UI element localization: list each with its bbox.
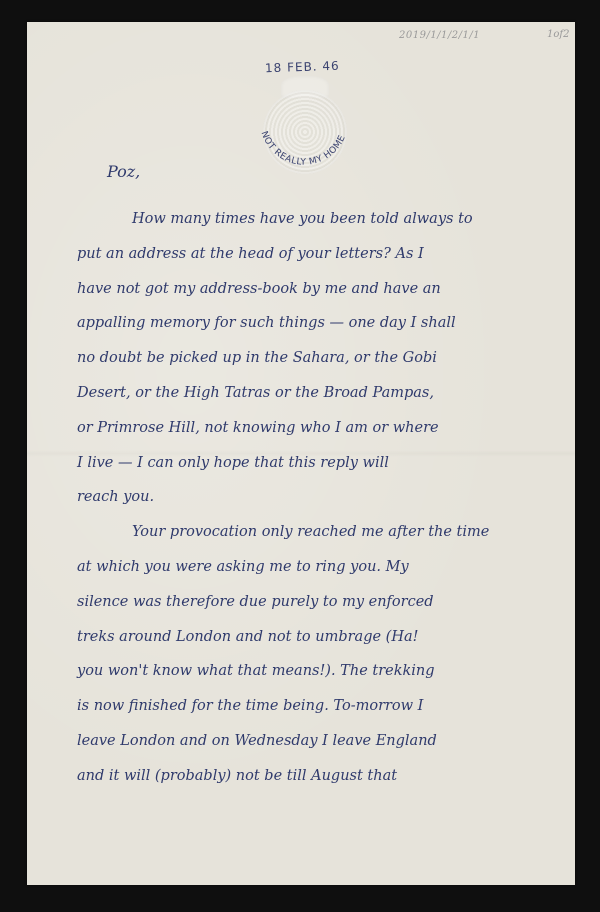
letter-date: 18 FEB. 46 (265, 59, 340, 76)
folio-number: 1of2 (547, 29, 569, 40)
letter-line: Your provocation only reached me after t… (77, 515, 577, 550)
letter-line: silence was therefore due purely to my e… (77, 585, 577, 620)
letter-line: and it will (probably) not be till Augus… (77, 759, 577, 794)
letter-line: or Primrose Hill, not knowing who I am o… (77, 411, 577, 446)
letter-line: at which you were asking me to ring you.… (77, 550, 577, 585)
letter-line: appalling memory for such things — one d… (77, 306, 577, 341)
archive-reference: 2019/1/1/2/1/1 (399, 30, 480, 41)
letter-line: you won't know what that means!). The tr… (77, 654, 577, 689)
letter-line: no doubt be picked up in the Sahara, or … (77, 341, 577, 376)
letter-line: put an address at the head of your lette… (77, 237, 577, 272)
letter-line: leave London and on Wednesday I leave En… (77, 724, 577, 759)
letter-body: Poz, How many times have you been told a… (77, 162, 577, 794)
letter-line: I live — I can only hope that this reply… (77, 446, 577, 481)
letter-line: reach you. (77, 480, 577, 515)
letter-line: treks around London and not to umbrage (… (77, 620, 577, 655)
letter-line: is now finished for the time being. To-m… (77, 689, 577, 724)
letter-line: Desert, or the High Tatras or the Broad … (77, 376, 577, 411)
salutation: Poz, (107, 162, 577, 202)
letter-page: 2019/1/1/2/1/1 1of2 18 FEB. 46 NOT REALL… (27, 22, 575, 885)
letter-line: How many times have you been told always… (77, 202, 577, 237)
letter-line: have not got my address-book by me and h… (77, 272, 577, 307)
